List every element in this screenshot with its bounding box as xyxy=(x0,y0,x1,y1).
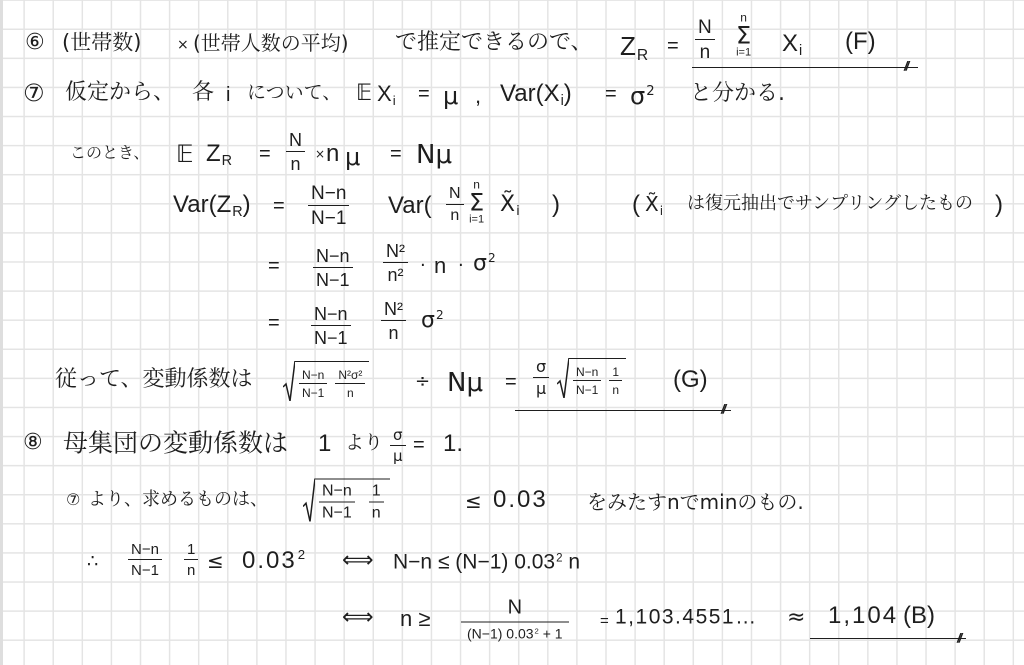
subscript-i: i xyxy=(799,43,802,59)
equals-sign: = xyxy=(390,144,402,164)
label-f: (F) xyxy=(845,30,876,54)
solution-fraction: N (N−1) 0.032 + 1 xyxy=(461,598,569,641)
expectation-result: Nμ xyxy=(416,142,452,168)
sqrt-expression: N−n N−1 1 n xyxy=(303,479,390,522)
therefore-symbol: ∴ xyxy=(87,553,98,571)
exponent: 2 xyxy=(535,627,539,636)
computed-value: 1,103.4551… xyxy=(615,607,758,628)
sum-lower-limit: i=1 xyxy=(469,215,484,226)
numerator: 1 xyxy=(184,542,198,560)
fraction-n2-over-n2: N² n² xyxy=(383,242,408,284)
term-xi: Xi xyxy=(782,32,802,56)
fpc-fraction: N−n N−1 xyxy=(128,542,162,578)
iff-arrow: ⟺ xyxy=(342,607,374,629)
numerator: N−n xyxy=(573,366,601,381)
fraction-finite-population-correction: N−n N−1 xyxy=(313,247,353,289)
denominator-tail: + 1 xyxy=(539,626,563,642)
households-text: (世帯数) xyxy=(62,33,141,54)
term-x-tilde-i: X̃i xyxy=(500,194,520,216)
sigma-over-mu-fraction: σ μ xyxy=(533,359,549,397)
times-sign: × xyxy=(315,148,325,160)
square-root: N−n N−1 N²σ² n xyxy=(283,361,369,401)
close-paren: ) xyxy=(564,80,572,107)
radical-sign-icon xyxy=(557,358,569,398)
requirement-text: より、求めるものは、 xyxy=(88,491,268,509)
bound-value: 0.03 xyxy=(493,488,548,512)
radicand: N−n N−1 1 n xyxy=(315,479,390,522)
radicand: N−n N−1 N²σ² n xyxy=(295,361,369,401)
n-geq: n ≥ xyxy=(400,608,430,630)
radical-sign-icon xyxy=(303,479,315,522)
sigma-symbol: σ xyxy=(473,251,487,276)
subscript-r: R xyxy=(232,204,242,220)
n-squared-over-n-fraction: N² n xyxy=(381,300,406,342)
term-xi: Xi xyxy=(377,83,396,105)
fraction-finite-population-correction: N−n N−1 xyxy=(573,366,601,396)
equals-sign: = xyxy=(413,435,425,455)
total-mean: Nμ xyxy=(447,370,483,396)
variance-operator: Var( xyxy=(388,194,432,218)
variance-zr: Var(ZR) xyxy=(173,193,251,217)
expectation-operator: 𝔼 xyxy=(356,83,372,105)
note-close-paren: ) xyxy=(995,193,1003,217)
comma: , xyxy=(475,85,481,107)
page-left-edge xyxy=(0,0,3,665)
equals-sign: = xyxy=(273,196,285,216)
inequality-text: N−n ≤ (N−1) 0.03 xyxy=(393,551,555,574)
numerator: N xyxy=(695,18,715,40)
index-i: i xyxy=(226,85,230,105)
numerator: N² xyxy=(381,300,406,321)
equals-sign: = xyxy=(418,84,430,104)
sigma-squared: σ2 xyxy=(421,310,444,332)
less-equal-sign: ≤ xyxy=(207,551,224,571)
sigma-over-mu-fraction: σ μ xyxy=(390,428,406,464)
variable-x: X xyxy=(544,80,560,107)
fraction-n-over-n: N n xyxy=(446,186,464,224)
numerator: N−n xyxy=(299,369,327,384)
variable-x: X xyxy=(377,81,392,106)
numerator: N xyxy=(446,186,464,205)
numerator: σ xyxy=(533,359,549,378)
fraction-n-over-n: N n xyxy=(695,18,715,62)
fraction-finite-population-correction: N−n N−1 xyxy=(299,369,327,399)
numerator: N−n xyxy=(319,484,355,503)
fraction-one-over-n: 1 n xyxy=(609,366,622,396)
sqrt-expression: N−n N−1 N²σ² n xyxy=(283,361,369,401)
fraction-finite-population-correction: N−n N−1 xyxy=(128,542,162,578)
times-sign: × xyxy=(177,38,189,52)
denominator: N−1 xyxy=(311,326,351,347)
fraction-n-over-n: N n xyxy=(286,131,305,173)
mu-symbol: μ xyxy=(345,145,360,169)
mu-symbol: μ xyxy=(443,84,458,108)
sum-lower-limit: i=1 xyxy=(736,48,751,59)
subscript-r: R xyxy=(222,153,232,169)
sigma-icon: Σ xyxy=(736,24,751,48)
equals-sign: = xyxy=(505,372,517,392)
radicand: N−n N−1 1 n xyxy=(569,358,626,398)
sum-operator: n Σ i=1 xyxy=(736,12,751,59)
subscript-i: i xyxy=(393,93,396,108)
from-text: より xyxy=(345,434,383,453)
close-paren: ) xyxy=(243,191,251,218)
equals-sign: = xyxy=(605,84,617,104)
item-6-marker: ⑥ xyxy=(25,32,45,54)
denominator: n xyxy=(385,321,401,342)
note-x-tilde-i: X̃i xyxy=(645,194,663,214)
numerator: 1 xyxy=(609,366,622,381)
division-sign: ÷ xyxy=(415,373,430,391)
sqrt-expression: N−n N−1 1 n xyxy=(557,358,626,398)
denominator: n xyxy=(344,384,357,399)
exponent: 2 xyxy=(298,547,307,562)
variable-z: Z xyxy=(620,31,636,61)
item-8-marker: ⑧ xyxy=(23,432,43,454)
reference-item-7: ⑦ xyxy=(66,492,80,508)
denominator: μ xyxy=(533,378,549,397)
less-equal-sign: ≤ xyxy=(465,491,482,511)
iff-arrow: ⟺ xyxy=(342,550,374,572)
numerator: σ xyxy=(390,428,406,446)
numerator: N²σ² xyxy=(335,369,365,384)
estimator-zr: ZR xyxy=(620,33,648,59)
denominator: N−1 xyxy=(319,503,355,522)
denominator: n xyxy=(697,40,714,62)
denominator: μ xyxy=(390,446,406,464)
estimate-text: で推定できるので、 xyxy=(395,32,593,54)
fraction-n2-sigma2-over-n: N²σ² n xyxy=(335,369,365,399)
denominator-text: (N−1) 0.03 xyxy=(467,626,534,642)
variable-n: n xyxy=(326,142,339,166)
bound-value: 0.03 xyxy=(242,547,297,574)
fraction-finite-population-correction: N−n N−1 xyxy=(311,305,351,347)
about-text: について、 xyxy=(247,84,341,103)
variable-x: X xyxy=(782,30,798,57)
denominator: N−1 xyxy=(313,268,353,289)
one-over-n-fraction: 1 n xyxy=(184,542,198,578)
denominator: (N−1) 0.032 + 1 xyxy=(461,623,569,641)
assumption-text: 仮定から、 xyxy=(65,82,175,104)
n-squared-fraction: N² n² xyxy=(383,242,408,284)
equals-sign: = xyxy=(268,256,280,276)
exponent: 2 xyxy=(436,308,444,322)
note-text: は復元抽出でサンプリングしたもの xyxy=(687,195,973,213)
fraction-one-over-n: 1 n xyxy=(184,542,198,578)
exponent: 2 xyxy=(556,552,562,564)
numerator: N² xyxy=(383,242,408,263)
variance-operator: Var( xyxy=(173,191,217,218)
dot-operator: · xyxy=(420,257,426,275)
answer-underline xyxy=(810,638,966,639)
denominator: N−1 xyxy=(308,206,349,228)
denominator: n xyxy=(287,152,303,173)
variable-z: Z xyxy=(217,191,232,218)
end-mark: // xyxy=(904,60,907,73)
denominator: n xyxy=(369,503,384,522)
dot-operator: · xyxy=(458,257,464,275)
denominator: n xyxy=(447,205,462,224)
numerator: N−n xyxy=(128,542,162,560)
graph-paper-page: ⑥ (世帯数) × (世帯人数の平均) で推定できるので、 ZR = N n n… xyxy=(0,0,1024,665)
exponent: 2 xyxy=(646,84,654,99)
fraction-sigma-over-mu: σ μ xyxy=(533,359,549,397)
close-paren: ) xyxy=(552,193,560,217)
sigma-squared: σ2 xyxy=(473,253,496,275)
denominator: N−1 xyxy=(299,384,327,399)
radical-sign-icon xyxy=(283,361,295,401)
fpc-fraction: N−n N−1 xyxy=(308,184,349,228)
note-open-paren: ( xyxy=(632,193,640,217)
bound-squared: 0.032 xyxy=(242,549,307,573)
variance-operator: Var( xyxy=(500,80,544,107)
variable-n: n xyxy=(434,255,446,277)
numerator: N xyxy=(461,598,569,623)
denominator: N−1 xyxy=(573,381,601,396)
denominator: n xyxy=(609,381,622,396)
subscript-i: i xyxy=(561,93,564,109)
fraction-sigma-over-mu: σ μ xyxy=(390,428,406,464)
denominator: n² xyxy=(384,263,406,284)
numerator: N−n xyxy=(311,305,351,326)
fraction-one-over-n: 1 n xyxy=(369,484,384,522)
value-one: 1 xyxy=(318,432,331,456)
variable-n: n xyxy=(563,551,581,574)
numerator: N−n xyxy=(308,184,349,206)
variable-x-tilde: X̃ xyxy=(500,192,515,217)
coefficient-fraction: N n xyxy=(695,18,715,62)
numerator: N xyxy=(286,131,305,152)
fraction-n2-over-n: N² n xyxy=(381,300,406,342)
summation: n Σ i=1 xyxy=(733,12,754,59)
equals-sign: = xyxy=(667,36,679,56)
each-text: 各 xyxy=(192,82,214,104)
inequality-rhs: N−n ≤ (N−1) 0.032 n xyxy=(393,552,580,573)
denominator: n xyxy=(184,560,198,578)
summation: n Σ i=1 xyxy=(466,179,487,226)
fraction-finite-population-correction: N−n N−1 xyxy=(319,484,355,522)
variable-z: Z xyxy=(206,140,221,167)
subscript-r: R xyxy=(637,47,648,64)
equals-sign: = xyxy=(259,144,271,164)
label-g: (G) xyxy=(673,368,708,392)
fraction-n-over-denominator: N (N−1) 0.032 + 1 xyxy=(461,598,569,641)
expectation-operator: 𝔼 xyxy=(176,142,194,166)
answer-value: 1,104 xyxy=(828,604,898,628)
sigma-symbol: σ xyxy=(421,308,435,333)
subscript-i: i xyxy=(516,204,520,219)
exponent: 2 xyxy=(488,251,496,265)
equals-sign: = xyxy=(268,313,280,333)
intro-text: このとき、 xyxy=(70,145,149,161)
sum-operator: n Σ i=1 xyxy=(469,179,484,226)
variable-x-tilde: X̃ xyxy=(645,192,659,216)
sigma-squared: σ2 xyxy=(630,84,655,108)
subscript-i: i xyxy=(660,204,663,218)
end-mark: // xyxy=(721,403,724,416)
square-root: N−n N−1 1 n xyxy=(303,479,390,522)
fpc-fraction: N−n N−1 xyxy=(311,305,351,347)
estimator-zr: ZR xyxy=(206,142,232,166)
numerator: N−n xyxy=(313,247,353,268)
denominator: N−1 xyxy=(128,560,162,578)
numerator: 1 xyxy=(369,484,384,503)
coefficient-fraction: N n xyxy=(446,186,464,224)
answer-underline xyxy=(692,67,918,68)
population-cv-text: 母集団の変動係数は xyxy=(63,431,288,456)
end-mark: // xyxy=(957,632,960,645)
answer-underline xyxy=(515,410,731,411)
cv-text: 従って、変動係数は xyxy=(55,369,253,391)
value-one-period: 1. xyxy=(443,432,463,456)
requirement-tail-text: をみたすnでminのもの. xyxy=(587,492,804,512)
average-members-text: (世帯人数の平均) xyxy=(193,33,349,53)
equals-sign: = xyxy=(600,614,609,629)
approx-sign: ≈ xyxy=(787,607,805,629)
sigma-symbol: σ xyxy=(630,82,645,110)
variance-xi: Var(Xi) xyxy=(500,82,572,106)
fraction-finite-population-correction: N−n N−1 xyxy=(308,184,349,228)
sigma-icon: Σ xyxy=(469,191,484,215)
item-7-marker: ⑦ xyxy=(23,81,45,105)
conclusion-text: と分かる. xyxy=(690,83,785,105)
fpc-fraction: N−n N−1 xyxy=(313,247,353,289)
coefficient-fraction: N n xyxy=(286,131,305,173)
label-b: (B) xyxy=(903,604,935,628)
square-root: N−n N−1 1 n xyxy=(557,358,626,398)
